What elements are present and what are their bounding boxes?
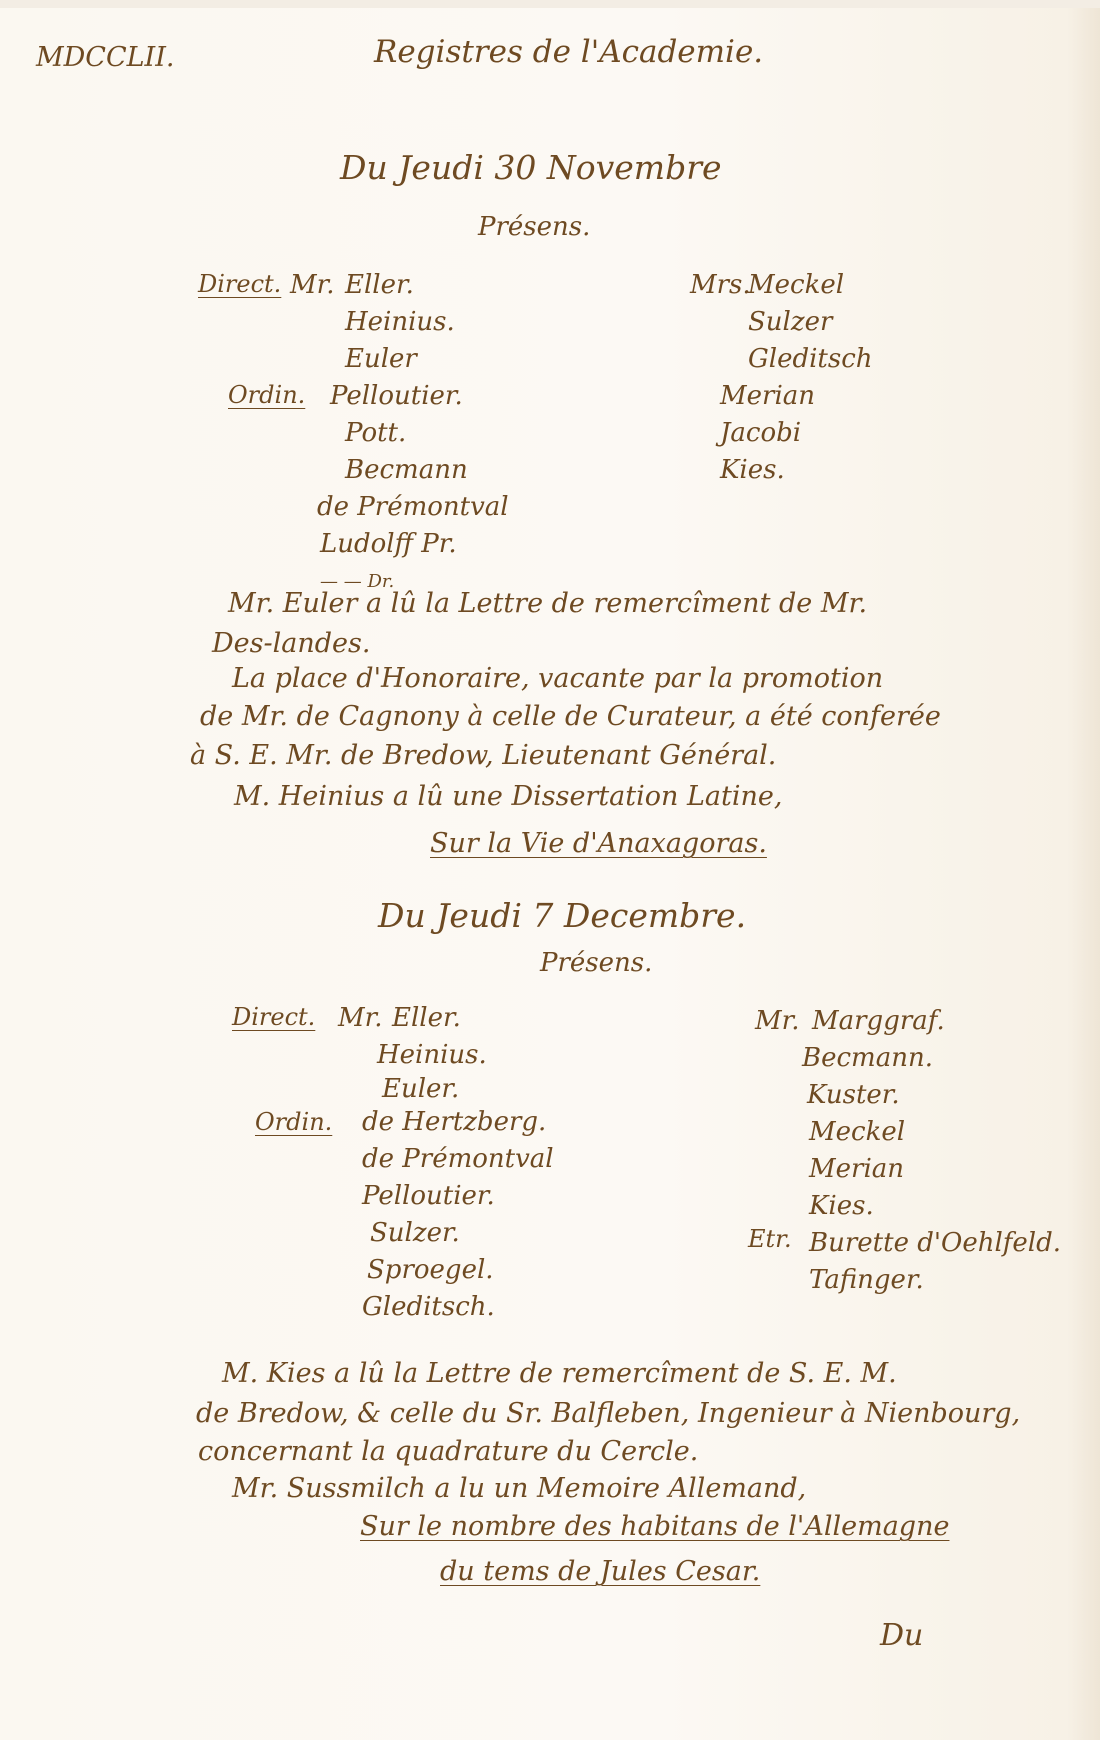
meeting2-members-left: Eller. Heinius. Euler. de Hertzberg. de …	[392, 1000, 554, 1326]
year-numeral: MDCCLII.	[36, 42, 174, 73]
paragraph-line: concernant la quadrature du Cercle.	[198, 1436, 698, 1467]
paragraph-line: M. Heinius a lû une Dissertation Latine,	[234, 781, 782, 812]
member-name: Sulzer	[748, 304, 873, 341]
memoire-title-line1: Sur le nombre des habitans de l'Allemagn…	[360, 1511, 949, 1542]
paragraph-line: La place d'Honoraire, vacante par la pro…	[232, 663, 883, 694]
member-name: Pelloutier.	[330, 378, 509, 415]
paragraph-line: Des-landes.	[212, 628, 370, 659]
catchword: Du	[880, 1618, 923, 1653]
member-name: Gleditsch.	[362, 1289, 554, 1326]
paragraph-line: de Mr. de Cagnony à celle de Curateur, a…	[200, 701, 941, 732]
meeting1-members-right: Meckel Sulzer Gleditsch Merian Jacobi Ki…	[748, 267, 873, 489]
meeting2-presens: Présens.	[540, 948, 652, 978]
meeting1-right-prefix: Mrs.	[690, 270, 751, 300]
member-name: Becmann	[345, 452, 509, 489]
member-name: Euler.	[382, 1074, 554, 1104]
meeting1-presens: Présens.	[478, 212, 590, 242]
member-name: de Hertzberg.	[362, 1104, 554, 1141]
meeting1-left-prefix: Mr.	[290, 270, 334, 300]
memoire-title-line2: du tems de Jules Cesar.	[440, 1556, 760, 1587]
meeting1-date: Du Jeudi 30 Novembre	[340, 148, 722, 187]
member-name: Jacobi	[720, 415, 873, 452]
manuscript-page: MDCCLII. Registres de l'Academie. Du Jeu…	[0, 0, 1100, 1740]
member-name: de Prémontval	[317, 489, 509, 526]
member-name: Eller.	[392, 1000, 554, 1037]
meeting2-date: Du Jeudi 7 Decembre.	[378, 896, 746, 935]
paragraph-line: à S. E. Mr. de Bredow, Lieutenant Généra…	[190, 740, 776, 771]
paragraph-line: Mr. Euler a lû la Lettre de remercîment …	[228, 588, 867, 619]
member-name: Gleditsch	[748, 341, 873, 378]
member-name: Pelloutier.	[362, 1178, 554, 1215]
meeting2-etr-label: Etr.	[748, 1225, 792, 1253]
member-name: Merian	[809, 1151, 1061, 1188]
member-name: Kies.	[809, 1188, 1061, 1225]
meeting2-right-prefix: Mr.	[755, 1006, 799, 1036]
member-name: Meckel	[748, 267, 873, 304]
member-name: Burette d'Oehlfeld.	[809, 1225, 1061, 1262]
member-name: de Prémontval	[362, 1141, 554, 1178]
meeting2-left-prefix: Mr.	[338, 1003, 382, 1033]
paragraph-line: M. Kies a lû la Lettre de remercîment de…	[222, 1358, 897, 1389]
member-name: Sulzer.	[370, 1215, 554, 1252]
meeting2-ordin-label: Ordin.	[255, 1108, 332, 1136]
paragraph-line: de Bredow, & celle du Sr. Balfleben, Ing…	[196, 1398, 1020, 1429]
member-name: Sproegel.	[367, 1252, 554, 1289]
member-name: Pott.	[345, 415, 509, 452]
member-name: Becmann.	[802, 1040, 1061, 1077]
meeting2-members-right: Marggraf. Becmann. Kuster. Meckel Merian…	[812, 1003, 1061, 1299]
meeting2-direct-label: Direct.	[232, 1003, 315, 1031]
member-name: Tafinger.	[809, 1262, 1061, 1299]
member-name: Kuster.	[807, 1077, 1061, 1114]
member-name: Eller.	[345, 267, 509, 304]
member-name: Heinius.	[377, 1037, 554, 1074]
meeting1-ordin-label: Ordin.	[228, 381, 305, 409]
paragraph-line: Mr. Sussmilch a lu un Memoire Allemand,	[232, 1473, 806, 1504]
dissertation-title: Sur la Vie d'Anaxagoras.	[430, 828, 767, 859]
meeting1-members-left: Eller. Heinius. Euler Pelloutier. Pott. …	[345, 267, 509, 600]
member-name: Euler	[345, 341, 509, 378]
member-name: Meckel	[809, 1114, 1061, 1151]
member-name: Kies.	[720, 452, 873, 489]
meeting1-direct-label: Direct.	[198, 270, 281, 298]
member-name: Heinius.	[345, 304, 509, 341]
member-name: Marggraf.	[812, 1003, 1061, 1040]
member-name: Ludolff Pr.	[320, 526, 509, 563]
member-name: Merian	[720, 378, 873, 415]
register-title: Registres de l'Academie.	[374, 34, 763, 70]
